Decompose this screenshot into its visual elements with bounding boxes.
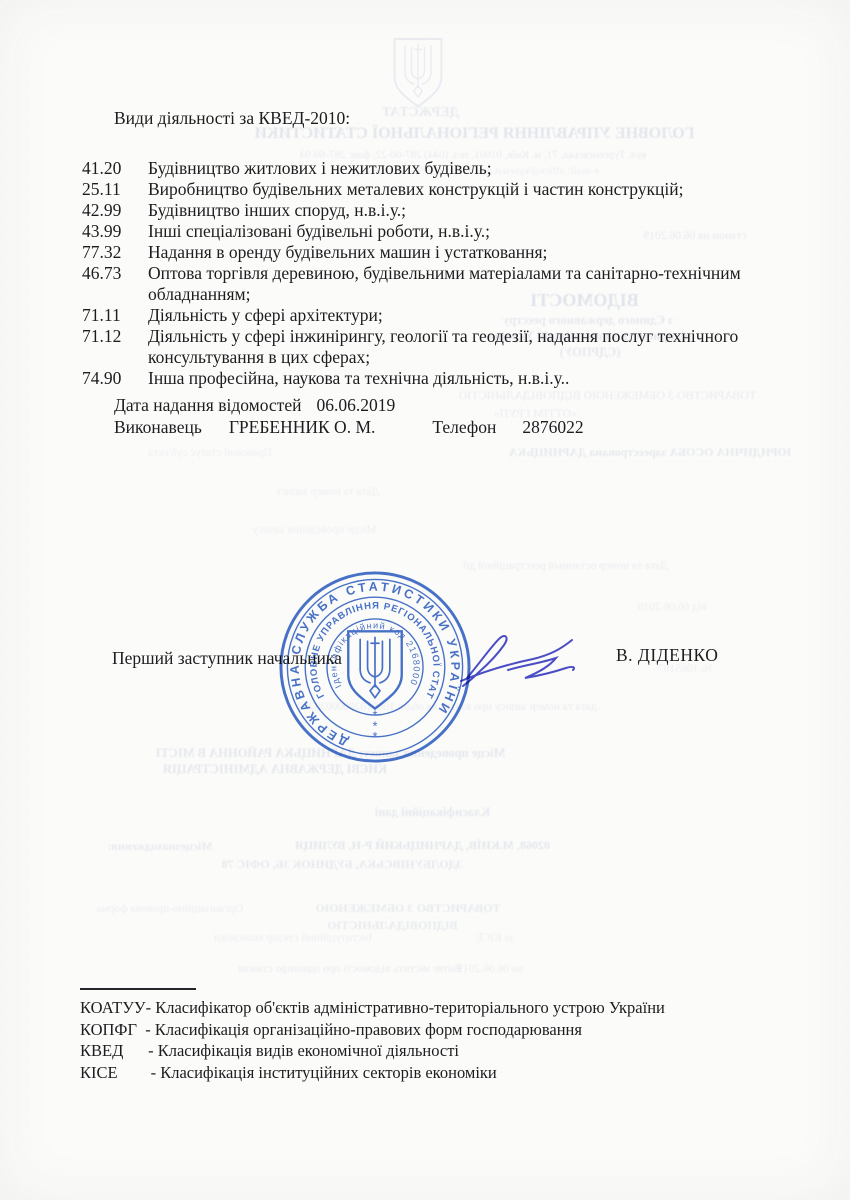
activity-text: Діяльність у сфері архітектури; — [148, 305, 768, 326]
activity-row: 25.11Виробництво будівельних металевих к… — [82, 179, 782, 200]
activity-text: Виробництво будівельних металевих констр… — [148, 179, 768, 200]
activity-text: Діяльність у сфері інжинірингу, геології… — [148, 326, 768, 368]
activity-row: 42.99Будівництво інших споруд, н.в.і.у.; — [82, 200, 782, 221]
activities-title: Види діяльності за КВЕД-2010: — [114, 108, 350, 129]
phone-value: 2876022 — [522, 417, 583, 437]
document-content: Види діяльності за КВЕД-2010: 41.20Будів… — [0, 0, 850, 1200]
activity-row: 71.11Діяльність у сфері архітектури; — [82, 305, 782, 326]
activity-row: 41.20Будівництво житлових і нежитлових б… — [82, 158, 782, 179]
activity-text: Будівництво житлових і нежитлових будіве… — [148, 158, 768, 179]
stamp-coat-of-arms-icon — [348, 631, 401, 708]
date-value: 06.06.2019 — [316, 395, 395, 415]
executor-line: ВиконавецьГРЕБЕННИК О. М.Телефон2876022 — [114, 417, 584, 438]
activity-code: 77.32 — [82, 242, 148, 263]
executor-label: Виконавець — [114, 417, 202, 437]
activity-code: 71.11 — [82, 305, 148, 326]
activity-row: 46.73Оптова торгівля деревиною, будівель… — [82, 263, 782, 305]
phone-label: Телефон — [432, 417, 496, 437]
activity-text: Надання в оренду будівельних машин і уст… — [148, 242, 768, 263]
activity-code: 71.12 — [82, 326, 148, 368]
activity-row: 71.12Діяльність у сфері інжинірингу, гео… — [82, 326, 782, 368]
activity-text: Оптова торгівля деревиною, будівельними … — [148, 263, 768, 305]
footnote-line: КІСЕ - Класифікація інституційних сектор… — [80, 1062, 665, 1084]
activity-text: Інші спеціалізовані будівельні роботи, н… — [148, 221, 768, 242]
activity-text: Будівництво інших споруд, н.в.і.у.; — [148, 200, 768, 221]
footnote-line: КВЕД - Класифікація видів економічної ді… — [80, 1040, 665, 1062]
scanned-document-page: ДЕРЖСТАТГОЛОВНЕ УПРАВЛІННЯ РЕГІОНАЛЬНОЇ … — [0, 0, 850, 1200]
activity-code: 41.20 — [82, 158, 148, 179]
footnote-separator — [80, 988, 196, 990]
activity-row: 74.90Інша професійна, наукова та технічн… — [82, 368, 782, 389]
footnotes: КОАТУУ- Класифікатор об'єктів адміністра… — [80, 997, 665, 1083]
activity-code: 43.99 — [82, 221, 148, 242]
activity-text: Інша професійна, наукова та технічна дія… — [148, 368, 768, 389]
activity-row: 43.99Інші спеціалізовані будівельні робо… — [82, 221, 782, 242]
activities-list: 41.20Будівництво житлових і нежитлових б… — [82, 158, 782, 389]
date-label: Дата надання відомостей — [114, 395, 301, 415]
stamp-asterisk: * — [372, 729, 377, 744]
footnote-line: КОПФГ - Класифікація організаційно-право… — [80, 1019, 665, 1041]
activity-code: 74.90 — [82, 368, 148, 389]
executor-name: ГРЕБЕННИК О. М. — [229, 417, 376, 437]
signatory-name: В. ДІДЕНКО — [616, 645, 718, 666]
activity-code: 46.73 — [82, 263, 148, 305]
signature-ink — [453, 622, 593, 702]
footnote-line: КОАТУУ- Класифікатор об'єктів адміністра… — [80, 997, 665, 1019]
activity-row: 77.32Надання в оренду будівельних машин … — [82, 242, 782, 263]
date-line: Дата надання відомостей06.06.2019 — [114, 395, 395, 416]
official-stamp: ДЕРЖАВНА СЛУЖБА СТАТИСТИКИ УКРАЇНИ ГОЛОВ… — [276, 568, 474, 766]
activity-code: 25.11 — [82, 179, 148, 200]
activity-code: 42.99 — [82, 200, 148, 221]
